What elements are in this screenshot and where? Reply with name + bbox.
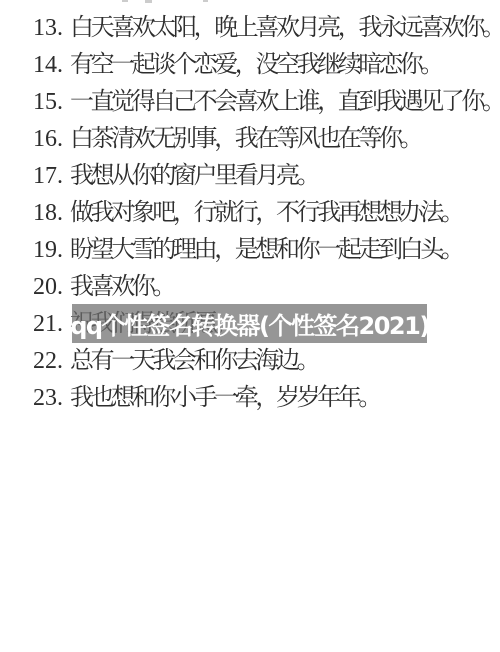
line-text: 总有一天我会和你去海边。: [70, 348, 317, 374]
signature-line-19: 19.盼望大雪的理由，是想和你一起走到白头。: [33, 232, 500, 269]
line-number: 20.: [33, 269, 70, 306]
signature-line-22: 22.总有一天我会和你去海边。: [33, 343, 500, 380]
signature-line-15: 15.一直觉得自己不会喜欢上谁，直到我遇见了你。: [33, 84, 500, 121]
cropped-text-remnant: [203, 0, 208, 2]
line-text: 有空一起谈个恋爱，没空我继续暗恋你。: [70, 52, 441, 78]
signature-line-23: 23.我也想和你小手一牵，岁岁年年。: [33, 380, 500, 417]
line-number: 18.: [33, 195, 70, 232]
line-number: 14.: [33, 47, 70, 84]
signature-line-17: 17.我想从你的窗户里看月亮。: [33, 158, 500, 195]
signature-line-13: 13.白天喜欢太阳，晚上喜欢月亮，我永远喜欢你。: [33, 10, 500, 47]
line-number: 13.: [33, 10, 70, 47]
line-number: 22.: [33, 343, 70, 380]
watermark-text: qq个性签名转换器(个性签名2021): [72, 306, 427, 341]
signature-line-16: 16.白茶清欢无别事，我在等风也在等你。: [33, 121, 500, 158]
cropped-text-remnant: [145, 0, 152, 3]
line-text: 一直觉得自己不会喜欢上谁，直到我遇见了你。: [70, 89, 500, 115]
line-number: 21.: [33, 306, 70, 343]
page: 13.白天喜欢太阳，晚上喜欢月亮，我永远喜欢你。 14.有空一起谈个恋爱，没空我…: [0, 0, 500, 652]
line-text: 我想从你的窗户里看月亮。: [70, 163, 317, 189]
line-number: 23.: [33, 380, 70, 417]
line-text: 做我对象吧，行就行，不行我再想想办法。: [70, 200, 461, 226]
line-number: 15.: [33, 84, 70, 121]
line-text: 白天喜欢太阳，晚上喜欢月亮，我永远喜欢你。: [70, 15, 500, 41]
line-number: 17.: [33, 158, 70, 195]
line-text: 白茶清欢无别事，我在等风也在等你。: [70, 126, 420, 152]
line-text: 盼望大雪的理由，是想和你一起走到白头。: [70, 237, 461, 263]
signature-line-20: 20.我喜欢你。: [33, 269, 500, 306]
watermark-banner: qq个性签名转换器(个性签名2021): [72, 304, 427, 343]
line-number: 19.: [33, 232, 70, 269]
signature-line-18: 18.做我对象吧，行就行，不行我再想想办法。: [33, 195, 500, 232]
line-text: 我喜欢你。: [70, 274, 173, 300]
signature-line-14: 14.有空一起谈个恋爱，没空我继续暗恋你。: [33, 47, 500, 84]
line-text: 我也想和你小手一牵，岁岁年年。: [70, 385, 379, 411]
cropped-text-remnant: [122, 0, 128, 2]
signature-list: 13.白天喜欢太阳，晚上喜欢月亮，我永远喜欢你。 14.有空一起谈个恋爱，没空我…: [33, 10, 500, 417]
line-number: 16.: [33, 121, 70, 158]
